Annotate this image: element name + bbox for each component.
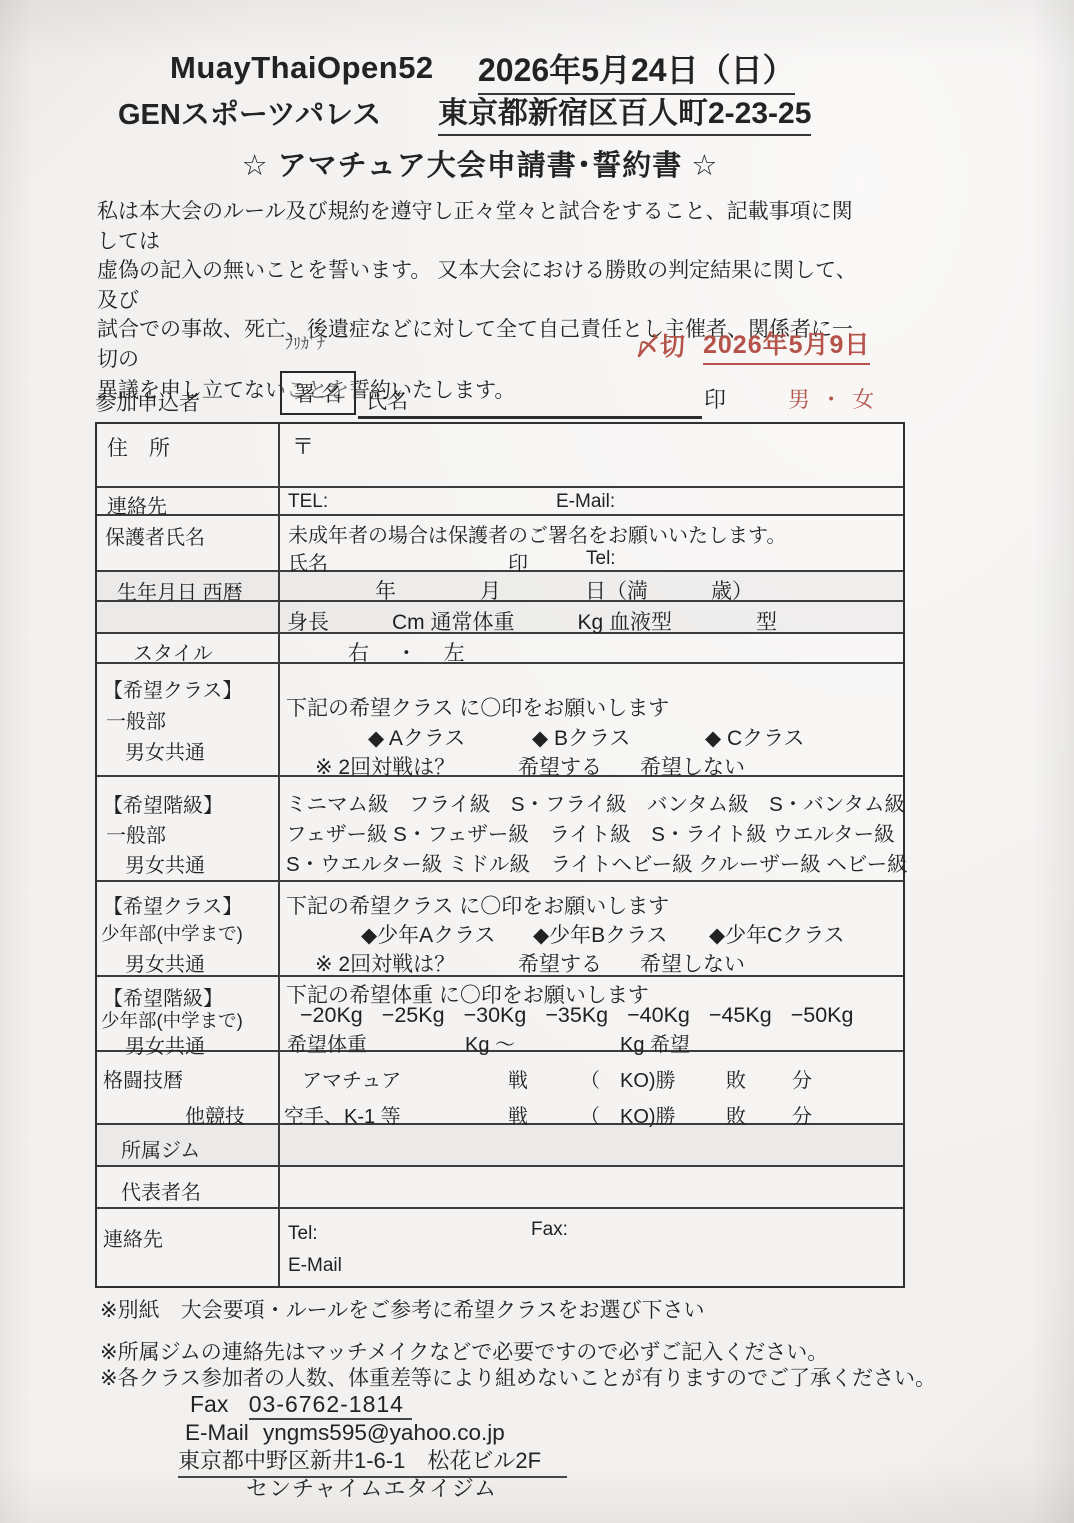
row-body: 身長 Cm 通常体重 Kg 血液型 型 [97, 602, 903, 634]
row-contact: 連絡先 TEL: E-Mail: [97, 488, 903, 516]
weight-adult-line-1: ミニマム級 フライ級 S・フライ級 バンタム級 S・バンタム級 [286, 787, 905, 817]
weight-adult-label-1: 【希望階級】 [103, 789, 223, 818]
weight-option: −20Kg [300, 1003, 363, 1028]
email-address: yngms595@yahoo.co.jp [263, 1420, 505, 1445]
fax-label: Fax [190, 1391, 228, 1417]
weight-adult-line-3: S・ウエルター級 ミドル級 ライトヘビー級 クルーザー級 ヘビー級 [286, 847, 908, 877]
record-draws: 分 [792, 1064, 812, 1093]
gym-fax-label: Fax: [531, 1219, 568, 1241]
birth-fields: 年 月 日（満 歳） [375, 575, 753, 605]
row-birth: 生年月日 西暦 年 月 日（満 歳） [97, 572, 903, 602]
row-record: 格闘技暦 他競技 アマチュア 戦 （ KO)勝 敗 分 空手、K-1 等 戦 （… [97, 1052, 903, 1125]
contact-label: 連絡先 [107, 490, 167, 519]
signature-line [358, 416, 702, 419]
email-label: E-Mail [185, 1420, 249, 1445]
signature-box: 署 名 [280, 371, 356, 415]
class-youth-label-1: 【希望クラス】 [103, 890, 242, 919]
address-label: 住 所 [107, 432, 170, 462]
application-form: MuayThaiOpen52 2026年5月24日（日） GENスポーツパレス … [0, 0, 1074, 1523]
youth-class-option-a: ◆少年Aクラス [361, 919, 496, 949]
applicant-label: 参加申込者 [95, 387, 200, 417]
weight-option: −50Kg [791, 1003, 854, 1028]
row-gym-contact: 連絡先 Tel: Fax: E-Mail [97, 1209, 903, 1286]
event-name: MuayThaiOpen52 [170, 50, 434, 86]
row-gym: 所属ジム [97, 1125, 903, 1167]
venue-name: GENスポーツパレス [118, 92, 381, 133]
weight-option: −40Kg [627, 1003, 690, 1028]
youth-class-option-b: ◆少年Bクラス [533, 919, 668, 949]
row-guardian: 保護者氏名 未成年者の場合は保護者のご署名をお願いいたします。 氏名 印 Tel… [97, 516, 903, 572]
record-ko-wins: （ KO)勝 [580, 1064, 676, 1093]
form-title: ☆ アマチュア大会申請書･誓約書 ☆ [0, 143, 960, 184]
row-address: 住 所 〒 [97, 424, 903, 488]
class-adult-label-3: 男女共通 [125, 736, 205, 765]
class-option-a: ◆ Aクラス [368, 722, 465, 752]
class-youth-label-2: 少年部(中学まで) [101, 920, 243, 946]
footer-email: E-Mail yngms595@yahoo.co.jp [185, 1420, 505, 1446]
youth-rematch-no: 希望しない [640, 948, 745, 978]
body-fields: 身長 Cm 通常体重 Kg 血液型 型 [287, 606, 777, 636]
deadline-label: 〆切 [635, 327, 685, 363]
row-weight-adult: 【希望階級】 一般部 男女共通 ミニマム級 フライ級 S・フライ級 バンタム級 … [97, 777, 903, 882]
footer-fax: Fax 03-6762-1814 [190, 1391, 412, 1418]
gym-name: センチャイムエタイジム [246, 1472, 497, 1503]
youth-rematch-yes: 希望する [518, 948, 602, 978]
venue-address: 東京都新宿区百人町2-23-25 [438, 88, 811, 136]
weight-option: −35Kg [545, 1003, 608, 1028]
guardian-tel-label: Tel: [586, 548, 616, 570]
row-weight-youth: 【希望階級】 少年部(中学まで) 男女共通 下記の希望体重 に〇印をお願いします… [97, 977, 903, 1052]
class-option-b: ◆ Bクラス [532, 722, 630, 752]
row-representative: 代表者名 [97, 1167, 903, 1209]
weight-adult-line-2: フェザー級 S・フェザー級 ライト級 S・ライト級 ウエルター級 [286, 817, 895, 847]
weight-option: −25Kg [382, 1003, 445, 1028]
pledge-paragraph: 私は本大会のルール及び規約を遵守し正々堂々と試合をすること、記載事項に関しては … [97, 197, 857, 407]
record-bouts: 戦 [508, 1064, 528, 1093]
row-class-youth: 【希望クラス】 少年部(中学まで) 男女共通 下記の希望クラス に〇印をお願いし… [97, 882, 903, 977]
birth-label: 生年月日 西暦 [117, 576, 243, 605]
record-name: アマチュア [302, 1064, 401, 1093]
gym-label: 所属ジム [121, 1134, 200, 1163]
pledge-line: 異議を申し立てないことを誓約いたします。 [97, 374, 857, 407]
pledge-line: 私は本大会のルール及び規約を遵守し正々堂々と試合をすること、記載事項に関しては [97, 197, 857, 256]
guardian-note: 未成年者の場合は保護者のご署名をお願いいたします。 [288, 519, 786, 548]
deadline-date: 2026年5月9日 [703, 325, 870, 365]
fax-number: 03-6762-1814 [249, 1391, 412, 1420]
class-adult-label-2: 一般部 [106, 705, 166, 734]
record-losses: 敗 [726, 1064, 746, 1093]
gender-options: 男 ・ 女 [788, 383, 876, 414]
email-label: E-Mail: [556, 491, 615, 513]
weight-option: −45Kg [709, 1003, 772, 1028]
gym-email-label: E-Mail [288, 1255, 342, 1277]
youth-weight-options: −20Kg −25Kg −30Kg −35Kg −40Kg −45Kg −50K… [300, 1003, 853, 1028]
youth-rematch-question: ※ 2回対戦は？ [315, 948, 455, 978]
stance-options: 右 ・ 左 [348, 637, 465, 667]
gym-contact-label: 連絡先 [103, 1223, 163, 1252]
note-1: ※別紙 大会要項・ルールをご参考に希望クラスをお選び下さい [100, 1294, 705, 1324]
weight-option: −30Kg [464, 1003, 527, 1028]
pledge-line: 虚偽の記入の無いことを誓います。 又本大会における勝敗の判定結果に関して、及び [97, 256, 857, 315]
class-option-c: ◆ Cクラス [705, 722, 805, 752]
form-table: 住 所 〒 連絡先 TEL: E-Mail: 保護者氏名 未成年者の場合は保護者… [95, 422, 905, 1288]
class-adult-instruction: 下記の希望クラス に〇印をお願いします [286, 692, 669, 722]
gym-tel-label: Tel: [288, 1223, 318, 1245]
row-stance: スタイル 右 ・ 左 [97, 634, 903, 664]
stance-label: スタイル [133, 637, 213, 666]
class-youth-label-3: 男女共通 [125, 948, 205, 977]
postal-mark: 〒 [292, 430, 314, 461]
youth-class-option-c: ◆少年Cクラス [709, 919, 845, 949]
weight-adult-label-2: 一般部 [106, 819, 166, 848]
tel-label: TEL: [288, 491, 328, 513]
furigana-label: ﾌﾘｶﾞﾅ [285, 331, 325, 354]
note-3: ※各クラス参加者の人数、体重差等により組めないことが有りますのでご了承ください。 [100, 1362, 936, 1392]
row-class-adult: 【希望クラス】 一般部 男女共通 下記の希望クラス に〇印をお願いします ◆ A… [97, 664, 903, 777]
weight-adult-label-3: 男女共通 [125, 849, 205, 878]
representative-label: 代表者名 [121, 1176, 201, 1205]
guardian-label: 保護者氏名 [105, 521, 205, 550]
name-label: 氏名 [366, 385, 408, 415]
record-label: 格闘技暦 [103, 1064, 183, 1093]
class-adult-label-1: 【希望クラス】 [103, 674, 242, 703]
class-youth-instruction: 下記の希望クラス に〇印をお願いします [286, 890, 669, 920]
seal-label: 印 [704, 383, 726, 414]
